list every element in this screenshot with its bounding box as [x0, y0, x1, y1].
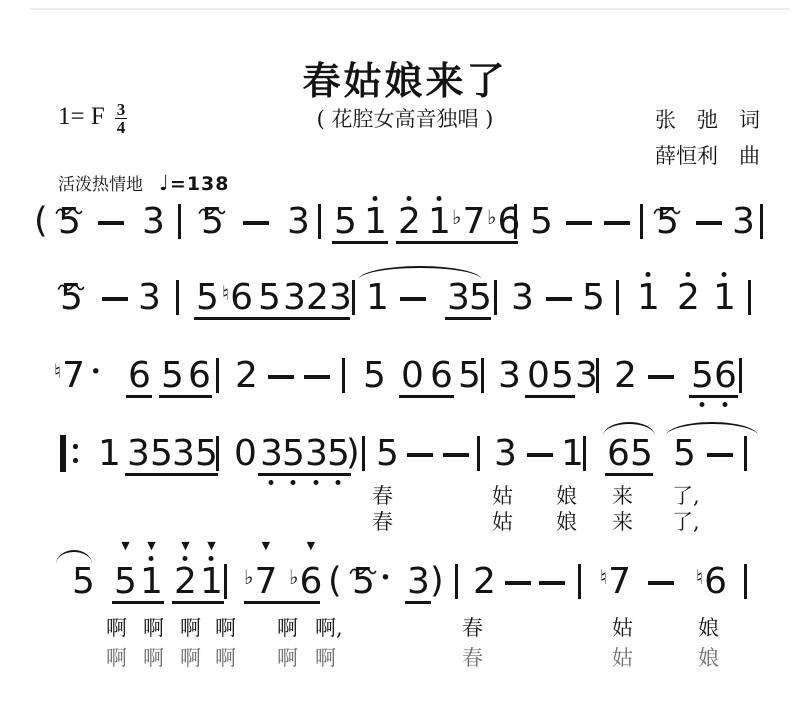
- note-digit: 5: [630, 436, 653, 472]
- note-1: 1: [364, 204, 387, 240]
- note-digit: 6: [704, 564, 727, 600]
- note-3: 3: [511, 280, 534, 316]
- sustain-dash: [546, 297, 572, 301]
- note-2: 2▼: [174, 564, 197, 600]
- note-5: 5: [582, 280, 605, 316]
- repeat-thick-bar: [60, 435, 66, 472]
- sustain-dash: [443, 453, 469, 457]
- note-5: 5: [150, 436, 173, 472]
- note-1: 1: [428, 204, 451, 240]
- barline: [455, 564, 458, 599]
- sustain-dash: [243, 221, 269, 225]
- mordent-wave: [654, 207, 681, 216]
- rest-note: 0: [401, 358, 424, 394]
- barline: [481, 358, 484, 393]
- note-6: ♮6: [222, 280, 253, 316]
- note-3: 3: [305, 436, 328, 472]
- sustain-dash: [505, 581, 531, 585]
- sustain-dash: [527, 453, 553, 457]
- note-digit: 3: [127, 436, 150, 472]
- sustain-dash: [539, 581, 565, 585]
- note-digit: 5: [334, 204, 357, 240]
- note-digit: 1: [364, 204, 387, 240]
- note-6: 6: [430, 358, 453, 394]
- note-digit: 7▼: [254, 564, 277, 600]
- note-1: 1▼: [140, 564, 163, 600]
- octave-down-dot: [723, 402, 728, 407]
- note-3: 3: [287, 204, 310, 240]
- barline: [744, 436, 747, 471]
- repeat-begin-sign: [60, 435, 84, 472]
- lyric-syllable: 娘: [556, 510, 577, 534]
- note-5: 5: [201, 204, 224, 240]
- note-5: 5: [656, 204, 679, 240]
- octave-up-dot: [373, 196, 378, 201]
- note-1: 1: [561, 436, 584, 472]
- note-digit: 2: [614, 358, 637, 394]
- sustain-dash: [648, 375, 674, 379]
- note-3: 3: [283, 280, 306, 316]
- note-digit: 6: [714, 358, 737, 394]
- note-3: 3: [172, 436, 195, 472]
- barline: [494, 280, 497, 315]
- note-digit: 0: [234, 436, 257, 472]
- note-5: 5: [282, 436, 305, 472]
- octave-up-dot: [686, 272, 691, 277]
- barline: [760, 204, 763, 239]
- accent-icon: ▼: [147, 540, 155, 551]
- note-digit: 1: [637, 280, 660, 316]
- note-digit: 3: [142, 204, 165, 240]
- lyrics-row: 啊啊啊啊啊啊春姑娘: [0, 646, 810, 672]
- lyric-syllable: 姑: [492, 484, 513, 508]
- note-6: 6: [607, 436, 630, 472]
- note-5: 5: [161, 358, 184, 394]
- note-digit: 3: [498, 358, 521, 394]
- note-2: 2: [614, 358, 637, 394]
- parenthesis: ): [346, 434, 360, 472]
- mordent-icon: [350, 547, 377, 583]
- octave-up-dot: [183, 556, 188, 561]
- note-6: 6: [714, 358, 737, 394]
- sustain-dash: [566, 221, 592, 225]
- note-5: 5: [60, 280, 83, 316]
- note-digit: 5: [258, 280, 281, 316]
- flat-icon: ♭: [452, 199, 461, 235]
- note-5: 5: [530, 204, 553, 240]
- note-2: 2: [473, 564, 496, 600]
- note-digit: 5: [195, 436, 218, 472]
- rest-note: 0: [527, 358, 550, 394]
- note-digit: 5: [469, 280, 492, 316]
- note-2: 2: [306, 280, 329, 316]
- note-3: 3: [447, 280, 470, 316]
- flat-icon: ♭: [487, 199, 496, 235]
- lyric-syllable: 啊: [277, 616, 298, 640]
- sheet-music-page: 春姑娘来了 ( 花腔女高音独唱 ) 1= F 3 4 张 弛 词 薛恒利 曲 活…: [0, 0, 810, 704]
- mordent-wave: [350, 567, 377, 576]
- note-5: 5: [58, 204, 81, 240]
- note-5: 5: [673, 436, 696, 472]
- accent-icon: ▼: [121, 540, 129, 551]
- barline: [216, 436, 219, 471]
- note-7: ♭7: [452, 204, 485, 240]
- octave-up-dot: [437, 196, 442, 201]
- note-1: 1: [713, 280, 736, 316]
- note-digit: 1: [98, 436, 121, 472]
- natural-icon: ♮: [600, 559, 607, 595]
- note-5: 5: [196, 280, 219, 316]
- note-digit: 3: [305, 436, 328, 472]
- barline: [318, 204, 321, 239]
- note-3: 3: [138, 280, 161, 316]
- note-5: 5: [630, 436, 653, 472]
- note-digit: 3: [283, 280, 306, 316]
- barline: [748, 280, 751, 315]
- natural-icon: ♮: [222, 275, 229, 311]
- sustain-dash: [648, 581, 674, 585]
- barline: [216, 358, 219, 393]
- note-digit: 1: [561, 436, 584, 472]
- note-digit: 3: [511, 280, 534, 316]
- note-3: 3: [732, 204, 755, 240]
- lyric-syllable: 来: [612, 510, 633, 534]
- octave-up-dot: [646, 272, 651, 277]
- note-digit: 5: [150, 436, 173, 472]
- note-5: 5: [376, 436, 399, 472]
- note-digit: 5: [161, 358, 184, 394]
- lyric-syllable: 姑: [492, 510, 513, 534]
- note-5: 5•: [352, 564, 391, 600]
- note-5: 5: [363, 358, 386, 394]
- note-digit: 6▼: [299, 564, 322, 600]
- lyric-syllable: 春: [372, 510, 393, 534]
- barline: [616, 280, 619, 315]
- note-digit: 3: [287, 204, 310, 240]
- lyric-syllable: 姑: [612, 646, 633, 670]
- note-5: 5: [258, 280, 281, 316]
- note-digit: 2▼: [174, 564, 197, 600]
- octave-up-dot: [149, 556, 154, 561]
- lyrics-row: 啊啊啊啊啊啊,春姑娘: [0, 616, 810, 642]
- accent-icon: ▼: [181, 540, 189, 551]
- note-1: 1: [637, 280, 660, 316]
- natural-icon: ♮: [54, 353, 61, 389]
- note-digit: 7: [462, 204, 485, 240]
- barline: [739, 358, 742, 393]
- lyric-syllable: 啊: [215, 616, 236, 640]
- note-digit: 3: [494, 436, 517, 472]
- sustain-dash: [707, 453, 733, 457]
- note-digit: 5: [72, 564, 95, 600]
- note-5: 5: [72, 564, 95, 600]
- flat-icon: ♭: [289, 559, 298, 595]
- note-digit: 6: [607, 436, 630, 472]
- mordent-wave: [58, 283, 85, 292]
- barline: [342, 358, 345, 393]
- lyric-syllable: 啊: [106, 616, 127, 640]
- mordent-wave: [56, 207, 83, 216]
- note-digit: 5: [352, 564, 375, 600]
- barline: [362, 436, 365, 471]
- note-6: ♭6▼: [289, 564, 322, 600]
- note-7: ♭7▼: [244, 564, 277, 600]
- mordent-wave: [199, 207, 226, 216]
- note-digit: 5: [58, 204, 81, 240]
- barline: [583, 436, 586, 471]
- note-digit: 7: [608, 564, 631, 600]
- sustain-dash: [304, 375, 330, 379]
- sustain-dash: [98, 221, 124, 225]
- note-6: 6: [188, 358, 211, 394]
- parenthesis: (: [328, 562, 342, 600]
- parenthesis: (: [34, 202, 48, 240]
- note-3: 3: [127, 436, 150, 472]
- note-1: 1▼: [200, 564, 223, 600]
- octave-down-dot: [700, 402, 705, 407]
- lyric-syllable: 啊: [215, 646, 236, 670]
- octave-up-dot: [407, 196, 412, 201]
- note-5: 5: [195, 436, 218, 472]
- note-digit: 6: [188, 358, 211, 394]
- mordent-icon: [654, 187, 681, 223]
- note-digit: 3: [575, 358, 598, 394]
- note-digit: 1▼: [140, 564, 163, 600]
- note-5: 5: [691, 358, 714, 394]
- note-3: 3: [329, 280, 352, 316]
- lyric-syllable: 姑: [612, 616, 633, 640]
- note-digit: 3: [732, 204, 755, 240]
- rest-note: 0: [234, 436, 257, 472]
- natural-icon: ♮: [696, 559, 703, 595]
- note-digit: 1: [428, 204, 451, 240]
- note-digit: 3: [407, 564, 430, 600]
- note-digit: 5: [60, 280, 83, 316]
- note-digit: 1: [366, 280, 389, 316]
- note-5: 5: [458, 358, 481, 394]
- note-5: 5▼: [114, 564, 137, 600]
- note-digit: 2: [473, 564, 496, 600]
- score-line: ♮7•656250653053256: [0, 354, 810, 404]
- note-digit: 5: [691, 358, 714, 394]
- note-digit: 6: [497, 204, 520, 240]
- barline: [578, 564, 581, 599]
- note-3: 3: [142, 204, 165, 240]
- note-5: 5: [469, 280, 492, 316]
- lyric-syllable: 娘: [698, 646, 719, 670]
- note-3: 3: [260, 436, 283, 472]
- note-digit: 3: [260, 436, 283, 472]
- note-digit: 5: [363, 358, 386, 394]
- note-3: 3: [494, 436, 517, 472]
- note-digit: 5: [376, 436, 399, 472]
- barline: [224, 564, 227, 599]
- sustain-dash: [268, 375, 294, 379]
- accent-icon: ▼: [307, 540, 315, 551]
- accent-icon: ▼: [207, 540, 215, 551]
- note-digit: 2: [306, 280, 329, 316]
- note-6: ♮6: [696, 564, 727, 600]
- lyric-syllable: 了,: [672, 510, 700, 534]
- note-digit: 3: [172, 436, 195, 472]
- accent-icon: ▼: [262, 540, 270, 551]
- note-5: 5: [551, 358, 574, 394]
- note-digit: 2: [235, 358, 258, 394]
- mordent-icon: [56, 187, 83, 223]
- note-digit: 6: [128, 358, 151, 394]
- note-digit: 3: [329, 280, 352, 316]
- note-digit: 5: [530, 204, 553, 240]
- note-7: ♮7•: [54, 358, 101, 394]
- score-line: (53535121♭7♭6553: [0, 200, 810, 250]
- note-digit: 5: [196, 280, 219, 316]
- lyric-syllable: 春: [462, 616, 483, 640]
- sustain-dash: [696, 221, 722, 225]
- notation-area: (53535121♭7♭6553535♮6532313535121♮7•6562…: [0, 0, 810, 704]
- octave-up-dot: [722, 272, 727, 277]
- lyric-syllable: 娘: [698, 616, 719, 640]
- note-digit: 0: [401, 358, 424, 394]
- lyric-syllable: 啊: [143, 646, 164, 670]
- note-digit: 0: [527, 358, 550, 394]
- note-digit: 3: [138, 280, 161, 316]
- note-3: 3: [498, 358, 521, 394]
- note-digit: 6: [430, 358, 453, 394]
- sustain-dash: [400, 297, 426, 301]
- lyric-syllable: 春: [462, 646, 483, 670]
- lyric-syllable: 啊: [277, 646, 298, 670]
- note-digit: 5: [656, 204, 679, 240]
- note-3: 3: [575, 358, 598, 394]
- note-digit: 5: [458, 358, 481, 394]
- lyric-syllable: 春: [372, 484, 393, 508]
- note-digit: 1▼: [200, 564, 223, 600]
- note-1: 1: [366, 280, 389, 316]
- note-3: 3: [407, 564, 430, 600]
- lyric-syllable: 啊: [315, 646, 336, 670]
- score-line: 1353503535)531655: [0, 432, 810, 482]
- augmentation-dot: •: [90, 354, 101, 390]
- note-digit: 5: [282, 436, 305, 472]
- note-digit: 5: [551, 358, 574, 394]
- barline: [176, 280, 179, 315]
- note-digit: 5: [673, 436, 696, 472]
- barline: [352, 280, 355, 315]
- note-1: 1: [98, 436, 121, 472]
- note-5: 5: [334, 204, 357, 240]
- sustain-dash: [407, 453, 433, 457]
- lyric-syllable: 啊,: [315, 616, 343, 640]
- lyrics-row: 春姑娘来了,: [0, 484, 810, 510]
- note-digit: 5: [582, 280, 605, 316]
- sustain-dash: [604, 221, 630, 225]
- lyric-syllable: 来: [612, 484, 633, 508]
- lyric-syllable: 了,: [672, 484, 700, 508]
- barline: [477, 436, 480, 471]
- barline: [596, 358, 599, 393]
- note-digit: 2: [677, 280, 700, 316]
- note-digit: 1: [713, 280, 736, 316]
- note-digit: 3: [447, 280, 470, 316]
- parenthesis: ): [430, 562, 444, 600]
- sustain-dash: [102, 297, 128, 301]
- barline: [514, 204, 517, 239]
- note-6: 6: [128, 358, 151, 394]
- lyric-syllable: 啊: [143, 616, 164, 640]
- mordent-icon: [58, 263, 85, 299]
- note-digit: 7: [62, 358, 85, 394]
- octave-up-dot: [209, 556, 214, 561]
- lyric-syllable: 啊: [180, 616, 201, 640]
- note-2: 2: [398, 204, 421, 240]
- score-line: 55▼1▼2▼1▼♭7▼♭6▼(5•3)2♮7♮6: [0, 560, 810, 610]
- repeat-dot: [73, 458, 78, 463]
- note-2: 2: [235, 358, 258, 394]
- barline: [640, 204, 643, 239]
- note-digit: 5▼: [114, 564, 137, 600]
- flat-icon: ♭: [244, 559, 253, 595]
- note-digit: 2: [398, 204, 421, 240]
- note-2: 2: [677, 280, 700, 316]
- barline: [178, 204, 181, 239]
- lyric-syllable: 啊: [106, 646, 127, 670]
- score-line: 535♮6532313535121: [0, 276, 810, 326]
- lyrics-row: 春姑娘来了,: [0, 510, 810, 536]
- lyric-syllable: 娘: [556, 484, 577, 508]
- mordent-icon: [199, 187, 226, 223]
- note-7: ♮7: [600, 564, 631, 600]
- note-digit: 5: [201, 204, 224, 240]
- lyric-syllable: 啊: [180, 646, 201, 670]
- barline: [744, 564, 747, 599]
- repeat-dot: [73, 444, 78, 449]
- augmentation-dot: •: [380, 560, 391, 596]
- note-digit: 6: [230, 280, 253, 316]
